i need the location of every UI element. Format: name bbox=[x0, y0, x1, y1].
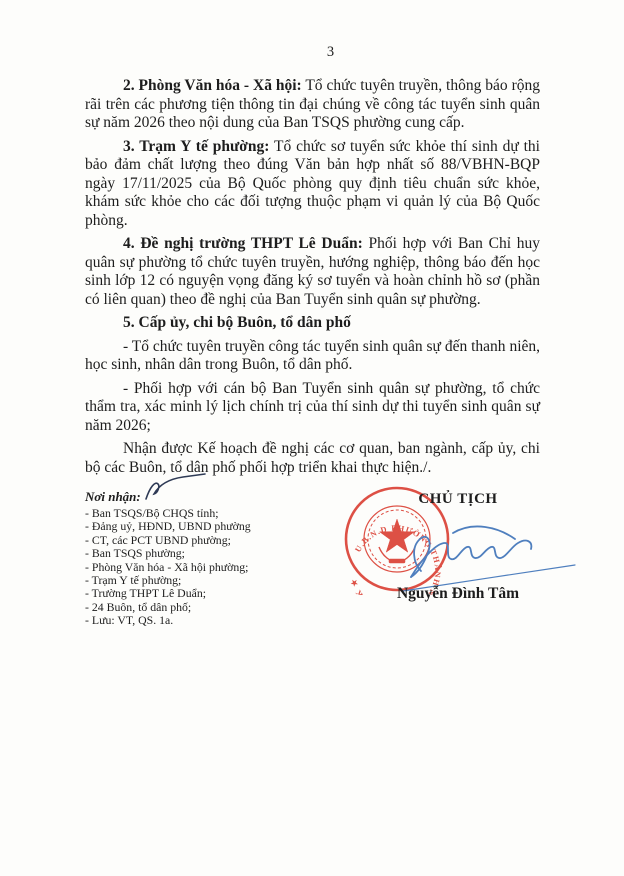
paragraph-2: 2. Phòng Văn hóa - Xã hội: Tổ chức tuyên… bbox=[85, 77, 540, 133]
signer-name: Nguyễn Đình Tâm bbox=[343, 585, 573, 603]
paragraph-5-heading: 5. Cấp ủy, chi bộ Buôn, tổ dân phố bbox=[123, 314, 351, 331]
recipient-item: - Trạm Y tế phường; bbox=[85, 574, 315, 587]
paragraph-4-heading: 4. Đề nghị trường THPT Lê Duẩn: bbox=[123, 235, 363, 252]
pen-initial-mark bbox=[143, 473, 209, 503]
paragraph-5-bullet-1: - Tổ chức tuyên truyền công tác tuyển si… bbox=[85, 338, 540, 375]
recipients-list: - Ban TSQS/Bộ CHQS tỉnh; - Đảng uỷ, HĐND… bbox=[85, 507, 315, 628]
signer-title: CHỦ TỊCH bbox=[343, 491, 573, 508]
page-number: 3 bbox=[103, 44, 558, 61]
recipient-item: - Phòng Văn hóa - Xã hội phường; bbox=[85, 561, 315, 574]
paragraph-4: 4. Đề nghị trường THPT Lê Duẩn: Phối hợp… bbox=[85, 235, 540, 309]
recipient-item: - Ban TSQS/Bộ CHQS tỉnh; bbox=[85, 507, 315, 520]
footer: Nơi nhận: - Ban TSQS/Bộ CHQS tỉnh; - Đản… bbox=[85, 489, 540, 719]
recipients-block: Nơi nhận: - Ban TSQS/Bộ CHQS tỉnh; - Đản… bbox=[85, 489, 315, 628]
recipient-item: - Đảng uỷ, HĐND, UBND phường bbox=[85, 520, 315, 533]
signature-block: CHỦ TỊCH U.B.N.D bbox=[343, 491, 573, 508]
paragraph-5-bullet-2: - Phối hợp với cán bộ Ban Tuyển sinh quâ… bbox=[85, 380, 540, 436]
paragraph-5-heading-row: 5. Cấp ủy, chi bộ Buôn, tổ dân phố bbox=[85, 314, 540, 333]
recipient-item: - CT, các PCT UBND phường; bbox=[85, 534, 315, 547]
recipient-item: - 24 Buôn, tổ dân phố; bbox=[85, 601, 315, 614]
closing-paragraph: Nhận được Kế hoạch đề nghị các cơ quan, … bbox=[85, 440, 540, 477]
paragraph-2-heading: 2. Phòng Văn hóa - Xã hội: bbox=[123, 77, 302, 94]
paragraph-3: 3. Trạm Y tế phường: Tổ chức sơ tuyển sứ… bbox=[85, 138, 540, 231]
document-page: 3 2. Phòng Văn hóa - Xã hội: Tổ chức tuy… bbox=[0, 0, 624, 876]
paragraph-3-heading: 3. Trạm Y tế phường: bbox=[123, 138, 269, 155]
recipient-item: - Trường THPT Lê Duẩn; bbox=[85, 587, 315, 600]
recipient-item: - Lưu: VT, QS. 1a. bbox=[85, 614, 315, 627]
recipient-item: - Ban TSQS phường; bbox=[85, 547, 315, 560]
